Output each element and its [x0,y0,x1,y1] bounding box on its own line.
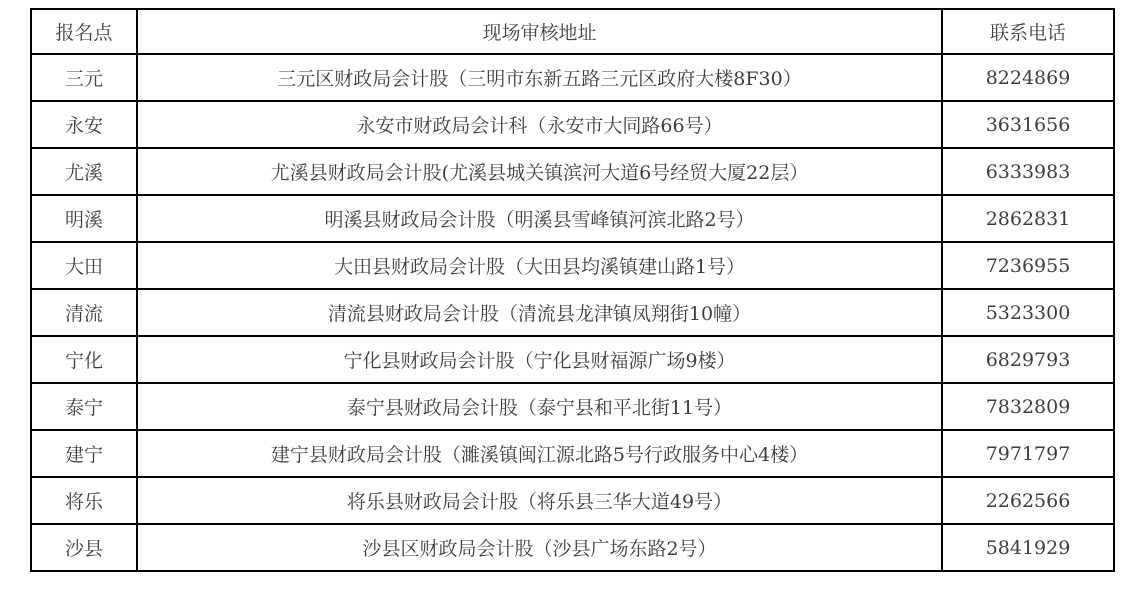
contact-table-container: 报名点 现场审核地址 联系电话 三元三元区财政局会计股（三明市东新五路三元区政府… [30,8,1115,572]
cell-review-address: 沙县区财政局会计股（沙县广场东路2号） [137,524,942,571]
cell-registration-point: 宁化 [31,336,137,383]
cell-contact-phone: 7236955 [942,242,1114,289]
cell-registration-point: 清流 [31,289,137,336]
header-row: 报名点 现场审核地址 联系电话 [31,9,1114,54]
cell-contact-phone: 5323300 [942,289,1114,336]
cell-review-address: 大田县财政局会计股（大田县均溪镇建山路1号） [137,242,942,289]
table-row: 清流清流县财政局会计股（清流县龙津镇凤翔街10幢）5323300 [31,289,1114,336]
column-header-review-address: 现场审核地址 [137,9,942,54]
cell-review-address: 宁化县财政局会计股（宁化县财福源广场9楼） [137,336,942,383]
table-row: 大田大田县财政局会计股（大田县均溪镇建山路1号）7236955 [31,242,1114,289]
cell-registration-point: 三元 [31,54,137,101]
cell-contact-phone: 2262566 [942,477,1114,524]
cell-review-address: 永安市财政局会计科（永安市大同路66号） [137,101,942,148]
cell-contact-phone: 3631656 [942,101,1114,148]
cell-registration-point: 建宁 [31,430,137,477]
column-header-registration-point: 报名点 [31,9,137,54]
cell-registration-point: 沙县 [31,524,137,571]
cell-contact-phone: 7971797 [942,430,1114,477]
table-row: 尤溪尤溪县财政局会计股(尤溪县城关镇滨河大道6号经贸大厦22层）6333983 [31,148,1114,195]
table-row: 沙县沙县区财政局会计股（沙县广场东路2号）5841929 [31,524,1114,571]
cell-review-address: 泰宁县财政局会计股（泰宁县和平北街11号） [137,383,942,430]
cell-review-address: 明溪县财政局会计股（明溪县雪峰镇河滨北路2号） [137,195,942,242]
table-header: 报名点 现场审核地址 联系电话 [31,9,1114,54]
cell-contact-phone: 6333983 [942,148,1114,195]
cell-registration-point: 永安 [31,101,137,148]
cell-review-address: 清流县财政局会计股（清流县龙津镇凤翔街10幢） [137,289,942,336]
column-header-contact-phone: 联系电话 [942,9,1114,54]
table-body: 三元三元区财政局会计股（三明市东新五路三元区政府大楼8F30）8224869永安… [31,54,1114,571]
cell-review-address: 建宁县财政局会计股（濉溪镇闽江源北路5号行政服务中心4楼） [137,430,942,477]
cell-registration-point: 泰宁 [31,383,137,430]
cell-registration-point: 尤溪 [31,148,137,195]
cell-contact-phone: 2862831 [942,195,1114,242]
cell-review-address: 尤溪县财政局会计股(尤溪县城关镇滨河大道6号经贸大厦22层） [137,148,942,195]
cell-review-address: 将乐县财政局会计股（将乐县三华大道49号） [137,477,942,524]
table-row: 泰宁泰宁县财政局会计股（泰宁县和平北街11号）7832809 [31,383,1114,430]
cell-contact-phone: 5841929 [942,524,1114,571]
cell-contact-phone: 6829793 [942,336,1114,383]
cell-contact-phone: 7832809 [942,383,1114,430]
cell-contact-phone: 8224869 [942,54,1114,101]
cell-registration-point: 大田 [31,242,137,289]
cell-registration-point: 将乐 [31,477,137,524]
table-row: 永安永安市财政局会计科（永安市大同路66号）3631656 [31,101,1114,148]
table-row: 明溪明溪县财政局会计股（明溪县雪峰镇河滨北路2号）2862831 [31,195,1114,242]
table-row: 将乐将乐县财政局会计股（将乐县三华大道49号）2262566 [31,477,1114,524]
table-row: 建宁建宁县财政局会计股（濉溪镇闽江源北路5号行政服务中心4楼）7971797 [31,430,1114,477]
table-row: 宁化宁化县财政局会计股（宁化县财福源广场9楼）6829793 [31,336,1114,383]
registration-contact-table: 报名点 现场审核地址 联系电话 三元三元区财政局会计股（三明市东新五路三元区政府… [30,8,1115,572]
cell-registration-point: 明溪 [31,195,137,242]
table-row: 三元三元区财政局会计股（三明市东新五路三元区政府大楼8F30）8224869 [31,54,1114,101]
cell-review-address: 三元区财政局会计股（三明市东新五路三元区政府大楼8F30） [137,54,942,101]
